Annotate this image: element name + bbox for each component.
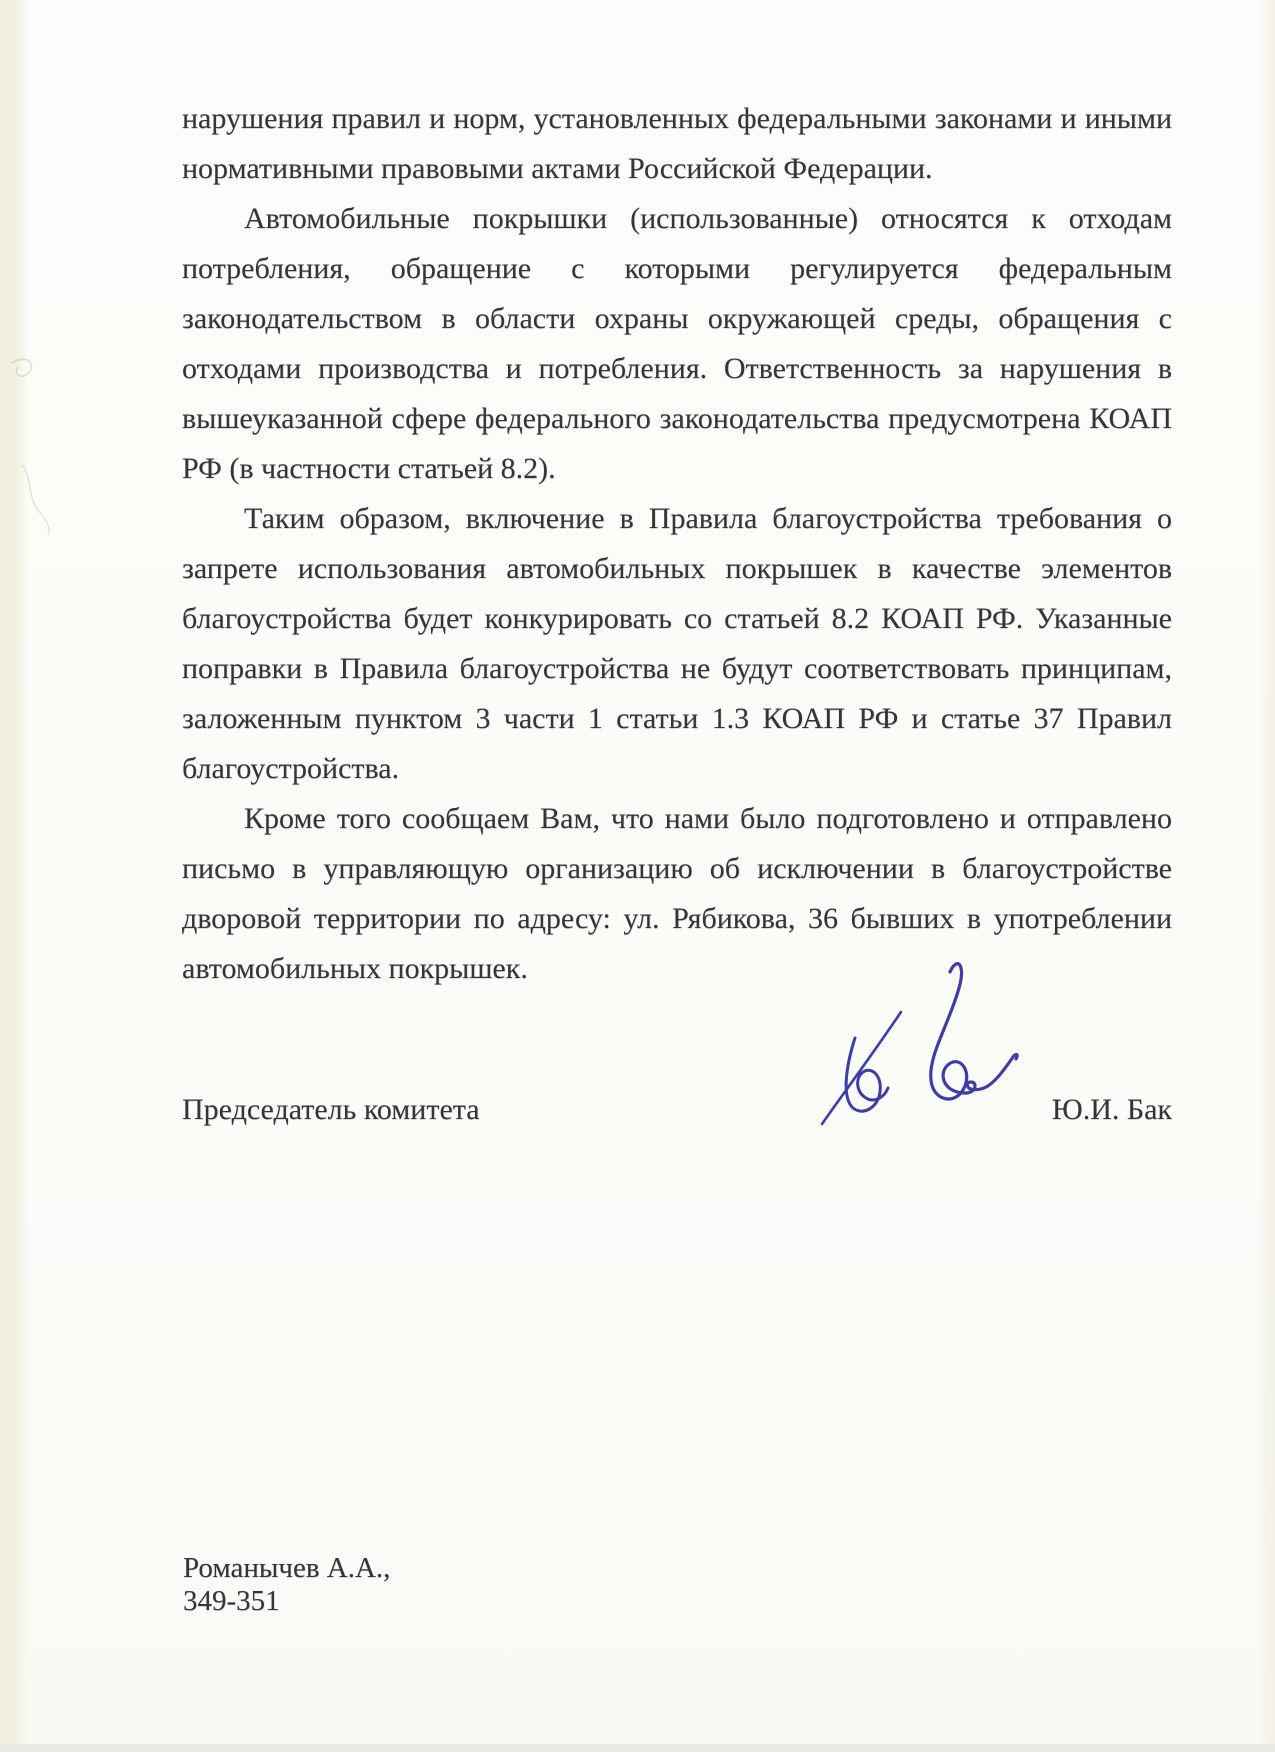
body-line: Автомобильные покрышки (использованные) … [182,194,1172,244]
scanned-letter-page: нарушения правил и норм, установленных ф… [0,0,1275,1752]
body-line: поправки в Правила благоустройства не бу… [182,644,1172,694]
body-line: дворовой территории по адресу: ул. Рябик… [182,894,1172,944]
body-line: нарушения правил и норм, установленных ф… [182,94,1172,144]
body-line: нормативными правовыми актами Российской… [182,144,1172,194]
signer-name: Ю.И. Бак [1052,1085,1172,1135]
scan-edge-right [1259,0,1275,1752]
body-line: благоустройства будет конкурировать со с… [182,594,1172,644]
executor-block: Романычев А.А., 349-351 [183,1552,390,1618]
scan-edge-bottom [0,1744,1275,1752]
executor-name: Романычев А.А., [183,1552,390,1585]
signature-block: Председатель комитета Ю.И. Бак [182,1085,1172,1135]
body-line: письмо в управляющую организацию об искл… [182,844,1172,894]
body-line: отходами производства и потребления. Отв… [182,344,1172,394]
body-line: заложенным пунктом 3 части 1 статьи 1.3 … [182,694,1172,744]
executor-phone: 349-351 [183,1585,390,1618]
body-line: благоустройства. [182,744,1172,794]
body-line: Кроме того сообщаем Вам, что нами было п… [182,794,1172,844]
body-line: РФ (в частности статьей 8.2). [182,444,1172,494]
body-line: законодательством в области охраны окруж… [182,294,1172,344]
body-line: вышеуказанной сфере федерального законод… [182,394,1172,444]
scan-edge-left [0,0,28,1752]
pencil-smudge-mark [2,345,82,565]
letter-body: нарушения правил и норм, установленных ф… [182,94,1172,994]
signer-title: Председатель комитета [182,1085,480,1135]
body-line: запрете использования автомобильных покр… [182,544,1172,594]
body-line: потребления, обращение с которыми регули… [182,244,1172,294]
body-line: Таким образом, включение в Правила благо… [182,494,1172,544]
